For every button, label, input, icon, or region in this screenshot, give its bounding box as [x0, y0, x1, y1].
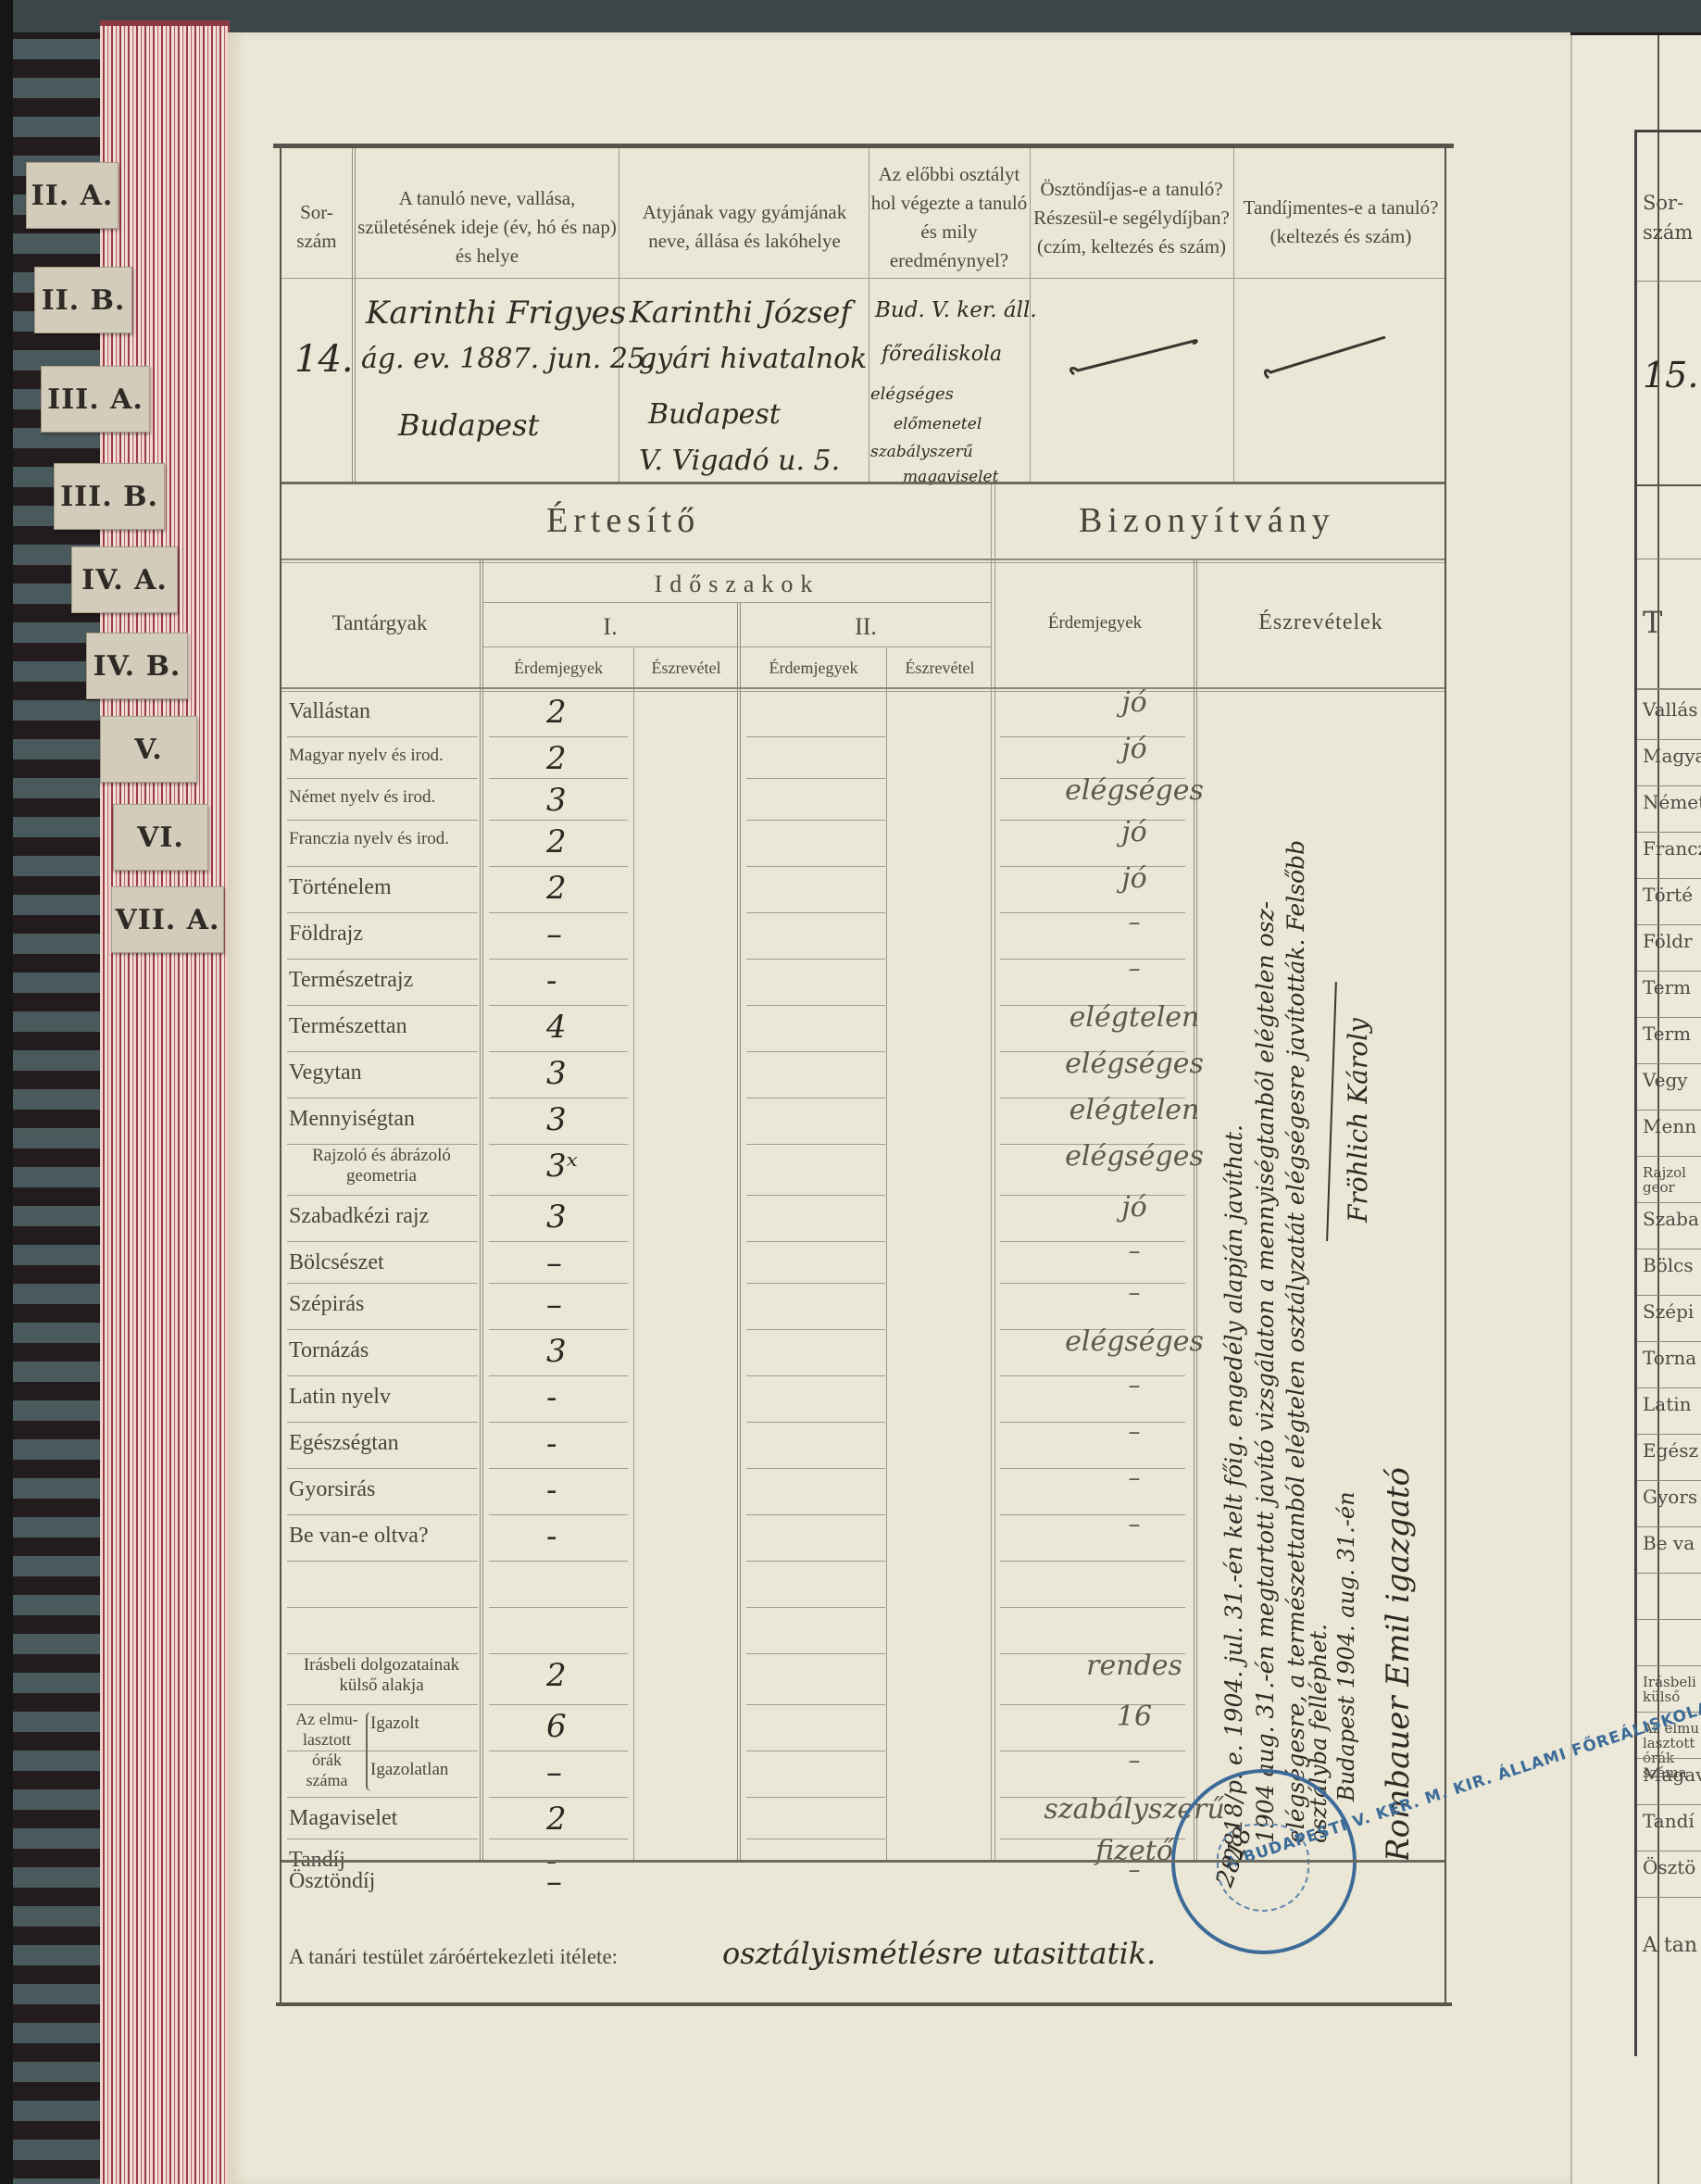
- subject-name: Igazolatlan: [370, 1760, 448, 1780]
- index-tab[interactable]: IV. B.: [86, 633, 188, 699]
- row-divider: [489, 736, 628, 737]
- next-page-subject: Egész: [1643, 1443, 1698, 1458]
- row-divider: [287, 866, 478, 867]
- subject-name: Szépirás: [289, 1292, 364, 1317]
- row-divider: [287, 1839, 478, 1839]
- section-ertesito: Értesítő: [546, 500, 700, 541]
- period-1-grade: 3: [546, 1055, 556, 1092]
- row-divider: [489, 866, 628, 867]
- row-divider: [287, 1283, 478, 1284]
- father-city: Budapest: [648, 398, 781, 431]
- page-edges-red: [100, 20, 230, 2184]
- next-page-subject: Földr: [1643, 934, 1693, 948]
- index-tab[interactable]: VI.: [113, 804, 208, 871]
- row-divider: [1000, 1607, 1185, 1608]
- row-divider: [746, 1653, 885, 1654]
- final-grade: jó: [1028, 733, 1241, 765]
- final-grade: –: [1028, 909, 1241, 936]
- subject-name: Magaviselet: [289, 1806, 397, 1831]
- row-divider: [489, 1375, 628, 1376]
- next-page-subject: Német: [1643, 795, 1701, 810]
- period-1-grade: 2: [546, 870, 556, 907]
- row-divider: [746, 912, 885, 913]
- final-grade: –: [1028, 1279, 1241, 1307]
- final-grade: –: [1028, 1237, 1241, 1265]
- row-divider: [746, 1195, 885, 1196]
- index-tab[interactable]: II. B.: [34, 267, 132, 333]
- period-1-grade: 6: [546, 1708, 556, 1745]
- period-1-grade: –: [546, 1287, 556, 1324]
- row-divider: [489, 1839, 628, 1839]
- period-1-grade: -: [546, 1425, 556, 1462]
- period-1-grade: 2: [546, 1801, 556, 1838]
- next-page-subject: Francz: [1643, 841, 1701, 856]
- final-grade: 16: [1028, 1701, 1241, 1733]
- next-page-subject: Bölcs: [1643, 1258, 1694, 1273]
- row-divider: [287, 1468, 478, 1469]
- next-page-tantargyak: T: [1643, 605, 1662, 640]
- subject-name: Német nyelv és irod.: [289, 787, 435, 808]
- next-page-subject: Menn: [1643, 1119, 1696, 1134]
- absence-group-label: Az elmu- lasztott órák száma: [285, 1709, 369, 1790]
- row-divider: [489, 912, 628, 913]
- row-divider: [489, 1241, 628, 1242]
- period-1-grade: 2: [546, 740, 556, 777]
- signature-teacher: Fröhlich Károly: [1343, 1018, 1373, 1223]
- row-divider: [746, 1751, 885, 1751]
- row-divider: [287, 1098, 478, 1098]
- section-bizonyitvany: Bizonyítvány: [1079, 500, 1335, 541]
- row-divider: [287, 1005, 478, 1006]
- row-divider: [489, 778, 628, 779]
- period-1-grade: 3: [546, 782, 556, 819]
- row-divider: [746, 1468, 885, 1469]
- row-divider: [287, 912, 478, 913]
- previous-school-1: Bud. V. ker. áll.: [875, 298, 1037, 322]
- row-divider: [489, 820, 628, 821]
- header-sorszam: Sor- szám: [281, 176, 352, 278]
- period-1-grade: 3: [546, 1101, 556, 1138]
- period-1-grade: 3: [546, 1199, 556, 1236]
- subject-name: Gyorsirás: [289, 1477, 375, 1502]
- subject-name: Egészségtan: [289, 1431, 399, 1456]
- row-divider: [746, 866, 885, 867]
- row-divider: [489, 1704, 628, 1705]
- row-divider: [489, 1195, 628, 1196]
- next-page-subject: Gyors: [1643, 1489, 1697, 1504]
- row-divider: [489, 1051, 628, 1052]
- subject-name: Történelem: [289, 875, 392, 900]
- previous-result-3: szabályszerű: [870, 443, 973, 461]
- period-1-grade: -: [546, 962, 556, 999]
- row-divider: [746, 959, 885, 960]
- verdict-label: A tanári testület záróértekezleti itélet…: [289, 1945, 618, 1969]
- row-divider: [746, 1561, 885, 1562]
- student-number: 14.: [294, 338, 354, 381]
- subject-name: Latin nyelv: [289, 1385, 391, 1410]
- next-page-subject: Latin: [1643, 1397, 1692, 1412]
- next-page-subject: Torna: [1643, 1350, 1696, 1365]
- book-cover-top: [0, 0, 1701, 32]
- row-divider: [746, 1422, 885, 1423]
- row-divider: [287, 1607, 478, 1608]
- final-grade: –: [1028, 1464, 1241, 1492]
- header-period-2: II.: [741, 606, 991, 646]
- subject-name: Rajzoló és ábrázoló geometria: [289, 1146, 474, 1186]
- row-divider: [489, 1468, 628, 1469]
- header-final-grades: Érdemjegyek: [996, 602, 1194, 643]
- father-address: V. Vigadó u. 5.: [639, 445, 840, 477]
- final-grade: elégséges: [1028, 774, 1241, 807]
- period-1-grade: –: [546, 1245, 556, 1282]
- row-divider: [746, 1704, 885, 1705]
- scholarship-dash-mark: [1065, 333, 1204, 389]
- final-grade: –: [1028, 1747, 1241, 1775]
- subject-name: Vegytan: [289, 1061, 362, 1086]
- row-divider: [287, 1797, 478, 1798]
- header-student-name: A tanuló neve, vallása, születésének ide…: [357, 171, 617, 282]
- next-page-sorszam: Sor- szám: [1643, 188, 1693, 247]
- row-divider: [489, 1283, 628, 1284]
- subject-name: Bölcsészet: [289, 1250, 384, 1275]
- row-divider: [746, 1051, 885, 1052]
- row-divider: [287, 1422, 478, 1423]
- row-divider: [287, 736, 478, 737]
- row-divider: [746, 1514, 885, 1515]
- next-page-number: 15.: [1643, 355, 1698, 395]
- period-1-grade: 3: [546, 1333, 556, 1370]
- period-1-grade: 2: [546, 1657, 556, 1694]
- row-divider: [746, 1005, 885, 1006]
- next-page-subject: Tandí: [1643, 1814, 1695, 1828]
- header-period-1: I.: [483, 606, 737, 646]
- row-divider: [489, 1514, 628, 1515]
- row-divider: [489, 1607, 628, 1608]
- next-page-subject: Term: [1643, 980, 1691, 995]
- final-grade: jó: [1028, 862, 1241, 895]
- header-tuition-exempt: Tandíjmentes-e a tanuló? (keltezés és sz…: [1237, 167, 1445, 278]
- brace-icon: [366, 1712, 373, 1791]
- next-page-verdict: A tan: [1643, 1934, 1697, 1957]
- row-divider: [746, 1839, 885, 1839]
- row-divider: [746, 1098, 885, 1098]
- subject-name: Magyar nyelv és irod.: [289, 746, 444, 766]
- row-divider: [287, 1144, 478, 1145]
- header-father: Atyjának vagy gyámjának neve, állása és …: [622, 176, 867, 278]
- final-grade: elégséges: [1028, 1140, 1241, 1173]
- row-divider: [287, 1329, 478, 1330]
- period-1-grade: -: [546, 1518, 556, 1555]
- next-page-table: Sor- szám 15. T VallásMagyaNémetFranczTö…: [1634, 130, 1701, 2056]
- header-scholarship: Ösztöndíjas-e a tanuló? Részesül-e segél…: [1032, 157, 1232, 278]
- final-grade: jó: [1028, 1191, 1241, 1224]
- subject-name: Ösztöndíj: [289, 1869, 375, 1894]
- student-name: Karinthi Frigyes: [366, 295, 626, 332]
- period-1-grade: -: [546, 1379, 556, 1416]
- subject-name: Be van-e oltva?: [289, 1524, 429, 1549]
- period-1-grade: 4: [546, 1009, 556, 1046]
- row-divider: [287, 778, 478, 779]
- row-divider: [489, 1144, 628, 1145]
- row-divider: [746, 778, 885, 779]
- index-tab[interactable]: VII. A.: [111, 886, 224, 953]
- previous-result-2: előmenetel: [894, 415, 982, 433]
- subject-name: Franczia nyelv és irod.: [289, 829, 449, 849]
- final-grade: –: [1028, 1511, 1241, 1538]
- next-page-subject: Be va: [1643, 1536, 1695, 1550]
- row-divider: [1000, 1561, 1185, 1562]
- subject-name: Tornázás: [289, 1338, 369, 1363]
- row-divider: [287, 1704, 478, 1705]
- header-final-remarks: Észrevételek: [1197, 602, 1445, 643]
- previous-school-2: főreáliskola: [882, 343, 1002, 366]
- header-tantargyak: Tantárgyak: [281, 602, 478, 643]
- row-divider: [287, 1375, 478, 1376]
- final-grade: jó: [1028, 816, 1241, 848]
- row-divider: [746, 1241, 885, 1242]
- final-grade: –: [1028, 1372, 1241, 1400]
- index-tab[interactable]: V.: [100, 716, 197, 783]
- final-grade: elégséges: [1028, 1048, 1241, 1080]
- header-p2-remarks: Észrevétel: [889, 648, 991, 687]
- subject-name: Természetrajz: [289, 968, 413, 993]
- period-1-grade: 2: [546, 823, 556, 860]
- next-page-subject: Ösztö: [1643, 1860, 1695, 1875]
- row-divider: [489, 1329, 628, 1330]
- final-grade: jó: [1028, 686, 1241, 719]
- book-spine-shadow: [0, 0, 13, 2184]
- period-1-grade: 3ˣ: [546, 1148, 556, 1185]
- header-previous-class: Az előbbi osztályt hol végezte a tanuló …: [870, 157, 1028, 278]
- row-divider: [746, 1144, 885, 1145]
- final-grade: elégtelen: [1028, 1001, 1241, 1034]
- subject-name: Igazolt: [370, 1713, 419, 1734]
- verdict-value: osztályismétlésre utasittatik.: [722, 1936, 1156, 1971]
- row-divider: [489, 1561, 628, 1562]
- row-divider: [489, 1098, 628, 1098]
- subject-name: Mennyiségtan: [289, 1107, 415, 1132]
- row-divider: [746, 1375, 885, 1376]
- period-1-grade: -: [546, 1472, 556, 1509]
- student-religion-birthdate: ág. ev. 1887. jun. 25.: [361, 343, 655, 375]
- period-1-grade: –: [546, 1754, 556, 1791]
- header-p2-grades: Érdemjegyek: [741, 648, 886, 687]
- row-divider: [489, 959, 628, 960]
- subject-name: Földrajz: [289, 922, 363, 947]
- row-divider: [746, 820, 885, 821]
- next-page-subject: Magav: [1643, 1767, 1701, 1782]
- row-divider: [287, 1561, 478, 1562]
- remark-line-1: 2818/p. e. 1904. jul. 31.-én kelt főig. …: [1220, 1124, 1247, 1862]
- row-divider: [287, 1514, 478, 1515]
- row-divider: [489, 1005, 628, 1006]
- final-grade: elégséges: [1028, 1325, 1241, 1358]
- previous-result-1: elégséges: [870, 384, 954, 404]
- header-p1-grades: Érdemjegyek: [483, 648, 633, 687]
- remark-place-date: Budapest 1904. aug. 31.-én: [1333, 1491, 1359, 1801]
- header-idoszakok: Időszakok: [483, 565, 991, 602]
- period-1-grade: –: [546, 1864, 556, 1901]
- remark-line-2: 1904 aug. 31.-én megtartott javító vizsg…: [1252, 901, 1279, 1843]
- index-tab[interactable]: III. A.: [41, 366, 150, 433]
- index-tab[interactable]: IV. A.: [71, 546, 178, 613]
- father-occupation: gyári hivatalnok: [639, 343, 867, 375]
- row-divider: [287, 1241, 478, 1242]
- row-divider: [287, 1051, 478, 1052]
- next-page-subject: Magya: [1643, 748, 1701, 763]
- next-page-subject: Szépi: [1643, 1304, 1694, 1319]
- next-page-subject: Rajzol geor: [1643, 1165, 1686, 1195]
- row-divider: [287, 959, 478, 960]
- final-grade: –: [1028, 1418, 1241, 1446]
- index-tab[interactable]: III. B.: [54, 463, 165, 530]
- row-divider: [746, 1607, 885, 1608]
- period-1-grade: 2: [546, 694, 556, 731]
- subject-name: Vallástan: [289, 699, 370, 724]
- next-page-subject: Term: [1643, 1026, 1691, 1041]
- row-divider: [746, 1797, 885, 1798]
- row-divider: [287, 1653, 478, 1654]
- index-tab[interactable]: II. A.: [26, 162, 119, 229]
- subject-name: Irásbeli dolgozatainak külső alakja: [289, 1655, 474, 1696]
- final-grade: –: [1028, 955, 1241, 983]
- row-divider: [489, 1422, 628, 1423]
- student-birthplace: Budapest: [398, 408, 539, 443]
- row-divider: [746, 1283, 885, 1284]
- subject-name: Természettan: [289, 1014, 407, 1039]
- next-page-subject: Irásbeli külső: [1643, 1675, 1696, 1704]
- row-divider: [489, 1797, 628, 1798]
- next-page-subject: Vallás: [1643, 702, 1698, 717]
- header-p1-remarks: Észrevétel: [635, 648, 737, 687]
- row-divider: [746, 1329, 885, 1330]
- row-divider: [489, 1653, 628, 1654]
- period-1-grade: –: [546, 916, 556, 953]
- row-divider: [489, 1751, 628, 1751]
- father-name: Karinthi József: [630, 295, 851, 330]
- row-divider: [287, 1195, 478, 1196]
- row-divider: [287, 820, 478, 821]
- final-grade: elégtelen: [1028, 1094, 1241, 1126]
- next-page-subject: Vegy: [1643, 1073, 1688, 1087]
- next-page-subject: Szaba: [1643, 1211, 1699, 1226]
- tuition-dash-mark: [1259, 333, 1398, 389]
- next-page-subject: Törté: [1643, 887, 1693, 902]
- subject-name: Szabadkézi rajz: [289, 1204, 429, 1229]
- row-divider: [746, 736, 885, 737]
- final-grade: rendes: [1028, 1650, 1241, 1682]
